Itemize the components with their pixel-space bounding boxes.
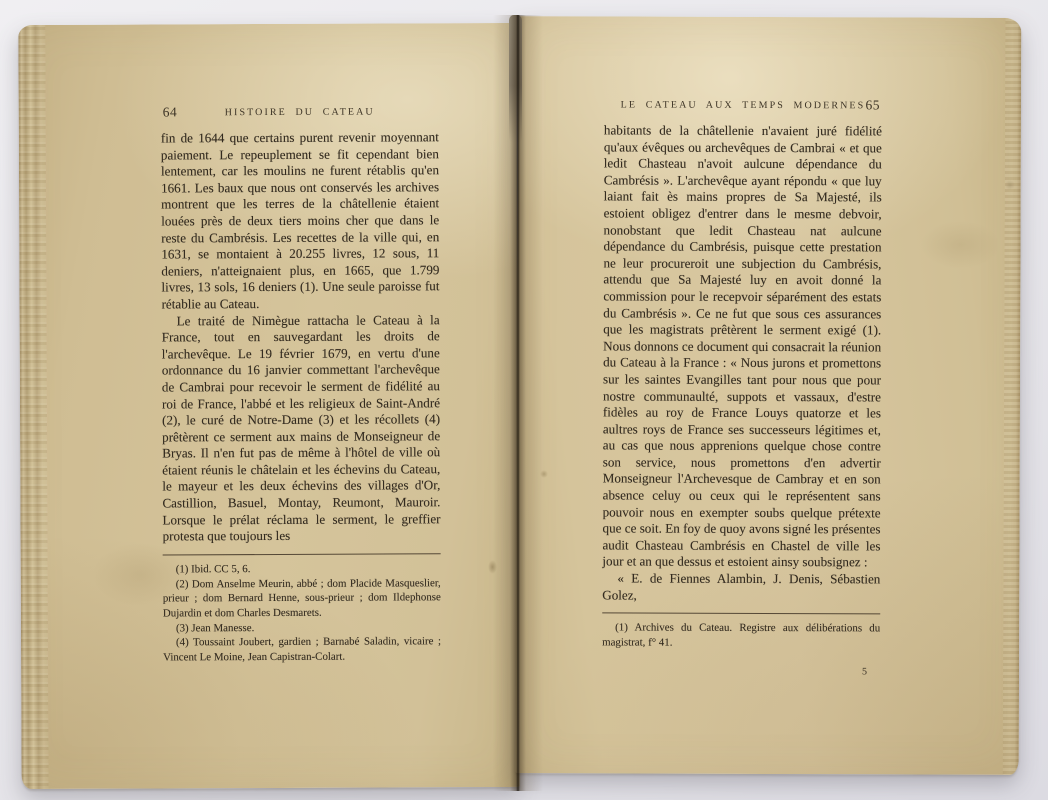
right-page: LE CATEAU AUX TEMPS MODERNES 65 habitant… [516,16,1022,775]
left-running-title: HISTOIRE DU CATEAU [161,106,439,118]
right-body-text: habitants de la châtellenie n'avaient ju… [602,122,882,604]
open-book-scan: 64 HISTOIRE DU CATEAU fin de 1644 que ce… [0,0,1048,800]
footnote: (1) Archives du Cateau. Registre aux dél… [602,621,880,651]
right-page-number: 65 [865,97,880,113]
footnote: (3) Jean Manesse. [163,620,441,636]
paragraph: Le traité de Nimègue rattacha le Cateau … [162,312,441,546]
footnote-rule [163,553,441,555]
left-page-text-block: 64 HISTOIRE DU CATEAU fin de 1644 que ce… [161,103,441,665]
footnote: (1) Ibid. CC 5, 6. [163,561,441,577]
footnote: (4) Toussaint Joubert, gardien ; Barnabé… [163,635,441,666]
footnote: (2) Dom Anselme Meurin, abbé ; dom Placi… [163,576,441,621]
signature-mark: 5 [602,665,880,677]
right-page-deckle-edge [1003,18,1022,775]
paragraph: fin de 1644 que certains purent revenir … [161,129,440,313]
left-body-text: fin de 1644 que certains purent revenir … [161,129,441,545]
paragraph: « E. de Fiennes Alambin, J. Denis, Sébas… [602,570,880,604]
left-page-deckle-edge [18,25,48,789]
paragraph: habitants de la châtellenie n'avaient ju… [602,122,882,571]
right-running-head: LE CATEAU AUX TEMPS MODERNES 65 [604,96,882,114]
left-footnotes: (1) Ibid. CC 5, 6. (2) Dom Anselme Meuri… [163,561,441,665]
right-footnotes: (1) Archives du Cateau. Registre aux dél… [602,621,880,651]
footnote-rule [602,613,880,615]
left-running-head: 64 HISTOIRE DU CATEAU [161,103,439,121]
right-running-title: LE CATEAU AUX TEMPS MODERNES [604,99,882,111]
left-page: 64 HISTOIRE DU CATEAU fin de 1644 que ce… [18,23,519,789]
right-page-text-block: LE CATEAU AUX TEMPS MODERNES 65 habitant… [602,96,882,677]
